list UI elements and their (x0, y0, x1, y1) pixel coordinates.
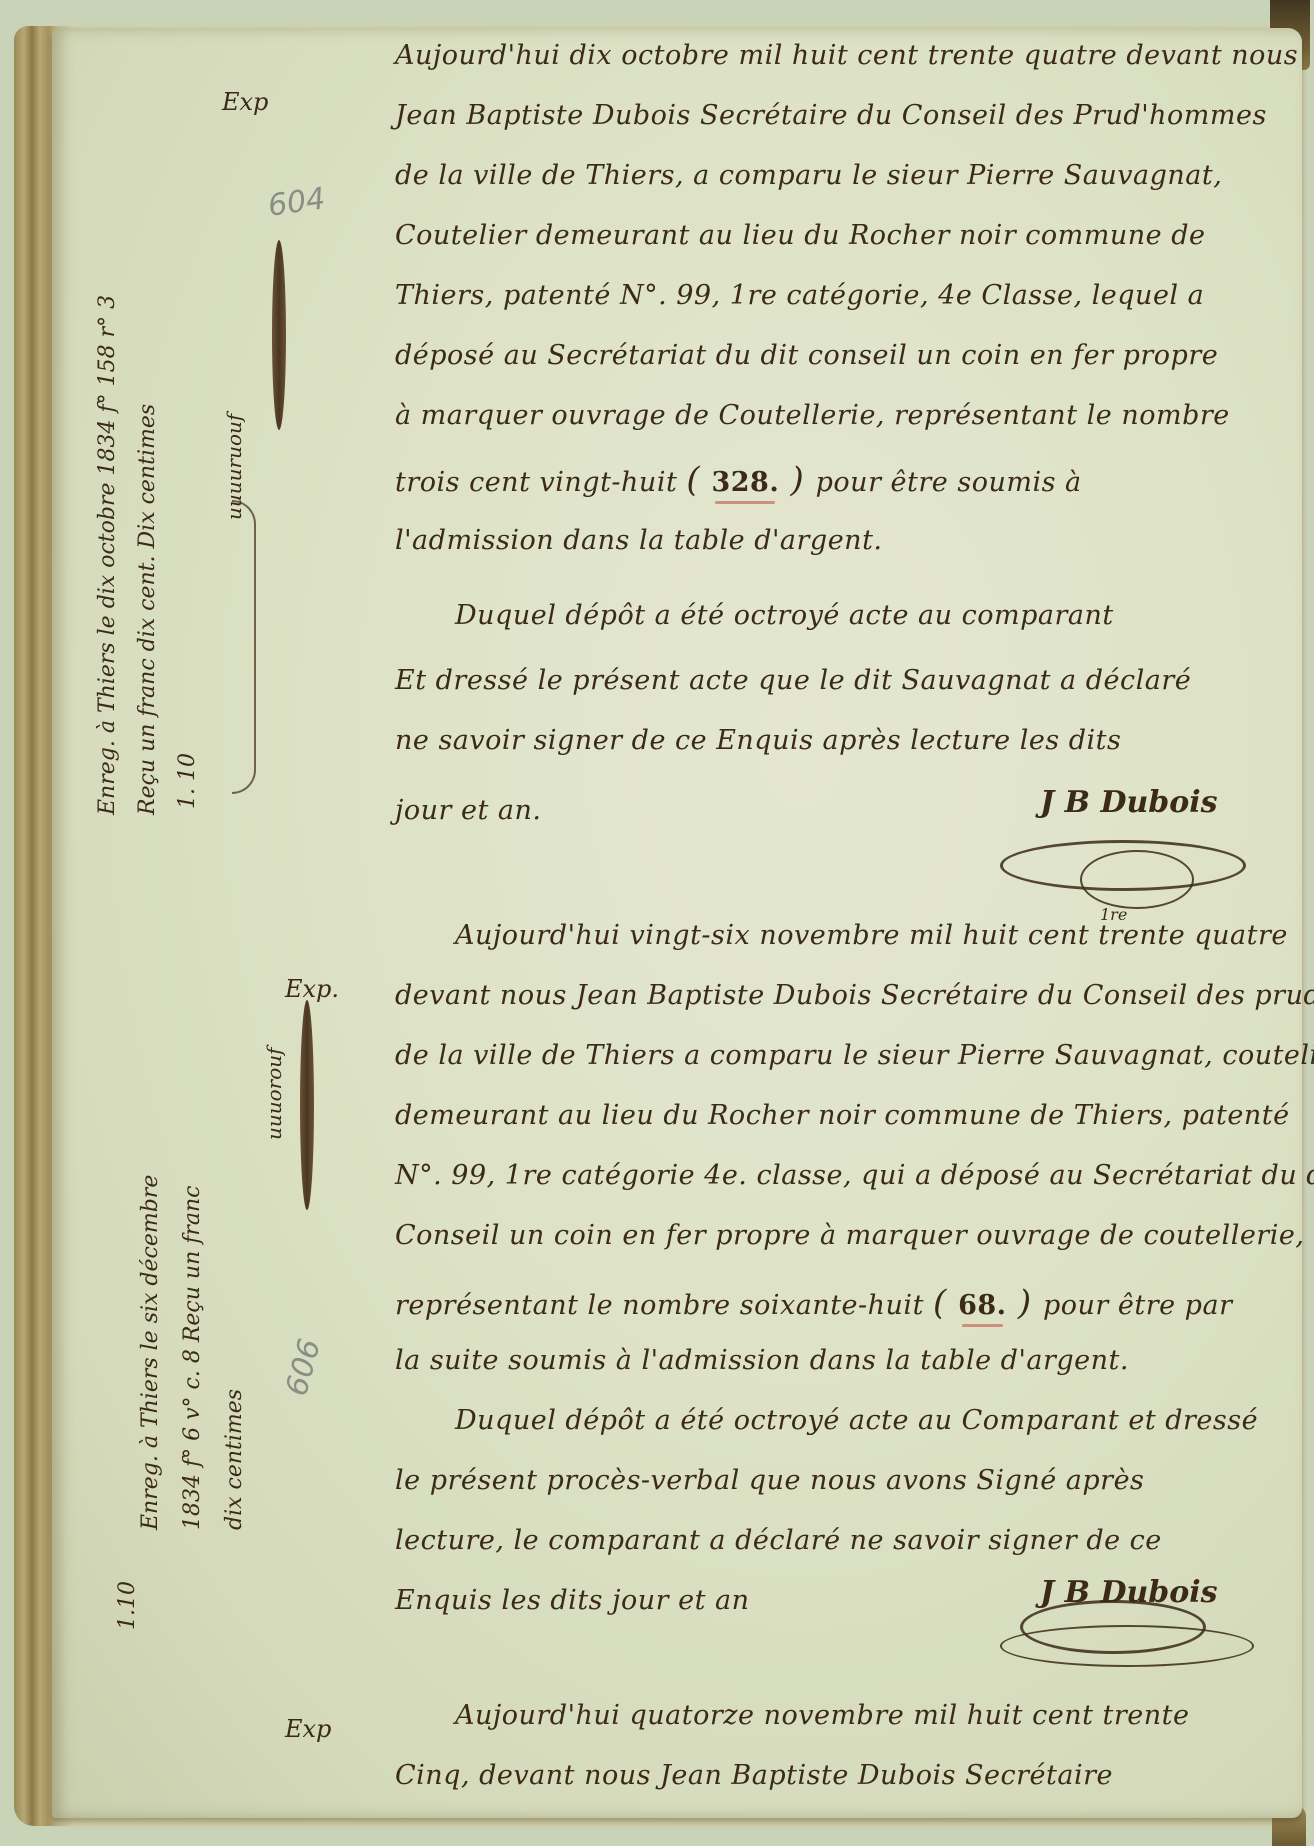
paraph-stroke (300, 1000, 314, 1210)
margin-label-exp: Exp. (285, 975, 339, 1003)
text-line: ne savoir signer de ce Enquis après lect… (395, 725, 1121, 756)
text-line: de la ville de Thiers, a comparu le sieu… (395, 160, 1222, 191)
signature-flourish (1000, 1625, 1254, 1667)
margin-note-line: 1834 f° 6 v° c. 8 Reçu un franc (172, 970, 214, 1530)
text-line: Aujourd'hui dix octobre mil huit cent tr… (395, 40, 1298, 71)
signature-flourish (1080, 850, 1194, 909)
text-line: trois cent vingt-huit ( 328. ) pour être… (395, 460, 1082, 500)
text-line: Cinq, devant nous Jean Baptiste Dubois S… (395, 1760, 1113, 1791)
text-line: le présent procès-verbal que nous avons … (395, 1465, 1144, 1496)
text-line: Aujourd'hui vingt-six novembre mil huit … (455, 920, 1288, 951)
text-line: N°. 99, 1re catégorie 4e. classe, qui a … (395, 1160, 1314, 1191)
text-fragment: pour être soumis à (816, 467, 1082, 498)
margin-label-exp: Exp (222, 88, 268, 116)
number-in-words: trois cent vingt-huit (395, 467, 677, 498)
paraph-stroke (272, 240, 286, 430)
text-line: l'admission dans la table d'argent. (395, 525, 883, 556)
signature-dubois: J B Dubois (1040, 785, 1218, 820)
text-line: Thiers, patenté N°. 99, 1re catégorie, 4… (395, 280, 1204, 311)
text-line: la suite soumis à l'admission dans la ta… (395, 1345, 1129, 1376)
text-line: lecture, le comparant a déclaré ne savoi… (395, 1525, 1162, 1556)
text-line: déposé au Secrétariat du dit conseil un … (395, 340, 1218, 371)
text-line: Aujourd'hui quatorze novembre mil huit c… (455, 1700, 1190, 1731)
text-line: Jean Baptiste Dubois Secrétaire du Conse… (395, 100, 1267, 131)
margin-amount: 1.10 (115, 1581, 140, 1630)
margin-note-line: 1. 10 (168, 25, 208, 815)
number-328: 328. (711, 467, 779, 498)
text-line: jour et an. (395, 795, 542, 826)
text-line: devant nous Jean Baptiste Dubois Secréta… (395, 980, 1314, 1011)
text-line: de la ville de Thiers a comparu le sieur… (395, 1040, 1314, 1071)
text-line: représentant le nombre soixante-huit ( 6… (395, 1283, 1232, 1323)
manuscript-photo: Exp 604 Enreg. à Thiers le dix octobre 1… (0, 0, 1314, 1846)
margin-label-exp: Exp (285, 1715, 331, 1743)
margin-note-line: Enreg. à Thiers le six décembre (130, 970, 172, 1530)
text-line: Et dressé le présent acte que le dit Sau… (395, 665, 1191, 696)
margin-note-line: Enreg. à Thiers le dix octobre 1834 f° 1… (88, 25, 128, 815)
text-line: Duquel dépôt a été octroyé acte au compa… (455, 600, 1114, 631)
number-in-words: représentant le nombre soixante-huit (395, 1290, 924, 1321)
margin-initials: uuuorouf (262, 1047, 286, 1140)
margin-note-line: dix centimes (214, 970, 256, 1530)
text-fragment: pour être par (1043, 1290, 1233, 1321)
text-line: Duquel dépôt a été octroyé acte au Compa… (455, 1405, 1258, 1436)
text-line: Conseil un coin en fer propre à marquer … (395, 1220, 1304, 1251)
text-line: demeurant au lieu du Rocher noir commune… (395, 1100, 1290, 1131)
margin-bracket (232, 500, 256, 794)
text-line: à marquer ouvrage de Coutellerie, représ… (395, 400, 1230, 431)
margin-note-line: Reçu un franc dix cent. Dix centimes (128, 25, 168, 815)
text-line: Enquis les dits jour et an (395, 1585, 750, 1616)
text-line: Coutelier demeurant au lieu du Rocher no… (395, 220, 1206, 251)
margin-registration-note: Enreg. à Thiers le dix octobre 1834 f° 1… (88, 25, 208, 815)
number-68: 68. (958, 1290, 1006, 1321)
margin-registration-note: Enreg. à Thiers le six décembre 1834 f° … (130, 970, 256, 1530)
